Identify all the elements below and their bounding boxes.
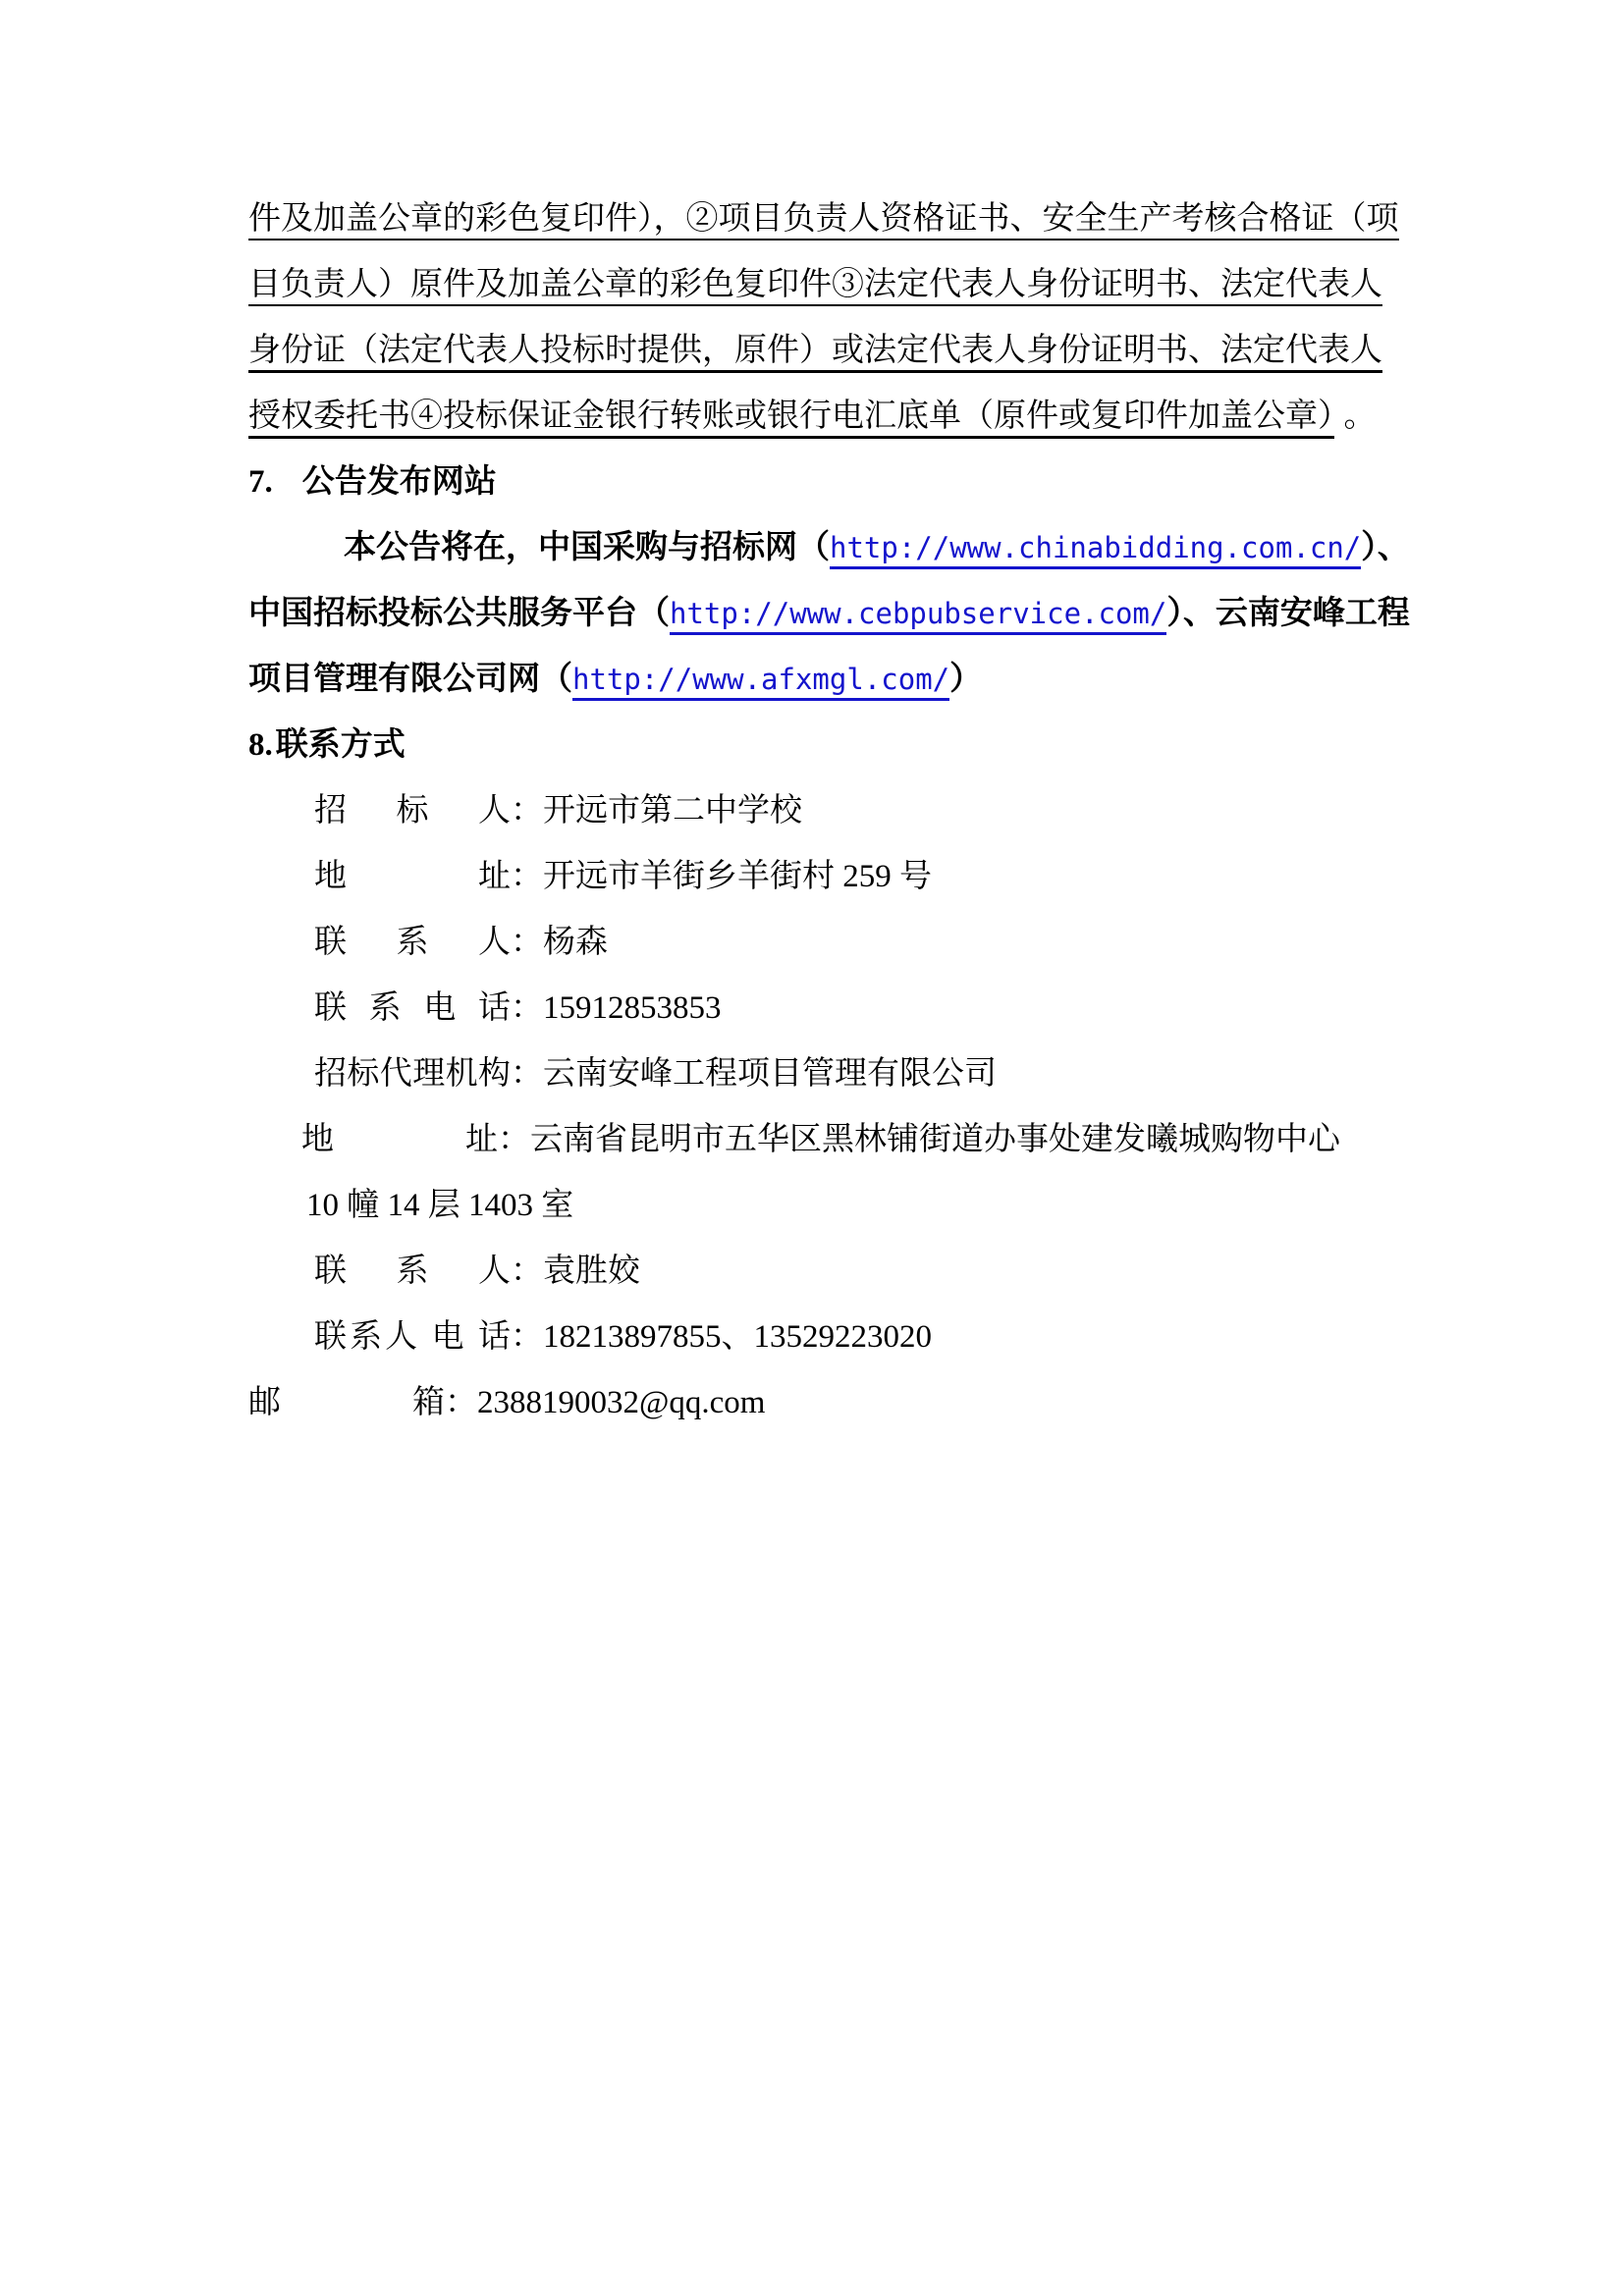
contact-value: 15912853853 [543,990,722,1026]
contact-label: 联 系 人 [314,910,511,976]
underlined-text: 身份证（法定代表人投标时提供，原件）或法定代表人身份证明书、法定代表人 [248,333,1382,373]
underlined-text: 件及加盖公章的彩色复印件），②项目负责人资格证书、安全生产考核合格证（项 [248,201,1399,240]
contact-value: 云南省昆明市五华区黑林铺街道办事处建发曦城购物中心 [530,1122,1340,1157]
clause-line-2: 目负责人）原件及加盖公章的彩色复印件③法定代表人身份证明书、法定代表人 [248,252,1387,318]
section7-title: 公告发布网站 [302,464,497,500]
colon: ： [445,1385,477,1420]
text-before-link: 项目管理有限公司网（ [248,662,572,697]
section7-line-2: 中国招标投标公共服务平台（http://www.cebpubservice.co… [248,581,1387,647]
contact-row-agency: 招标代理机构：云南安峰工程项目管理有限公司 [314,1041,1387,1107]
colon: ： [511,925,543,960]
contact-row-bidder: 招 标 人：开远市第二中学校 [314,778,1387,844]
section8-heading: 8.联系方式 [248,713,1387,778]
contact-value: 18213897855、13529223020 [543,1319,932,1355]
colon: ： [511,793,543,828]
section7-number: 7. [248,464,273,500]
colon: ： [511,859,543,894]
text-before-link: 中国招标投标公共服务平台（ [248,596,670,631]
text-after-link: ）、 [1361,530,1410,565]
clause-line-3: 身份证（法定代表人投标时提供，原件）或法定代表人身份证明书、法定代表人 [248,318,1387,384]
colon: ： [511,1319,543,1355]
section8-title: 联系方式 [276,727,406,763]
contact-label: 招 标 人 [314,778,511,844]
contact-label: 地 址 [301,1107,498,1173]
text-before-link: 本公告将在，中国采购与招标网（ [344,530,830,565]
contact-value: 袁胜姣 [543,1254,640,1289]
link-chinabidding[interactable]: http://www.chinabidding.com.cn/ [830,531,1361,569]
colon: ： [511,1056,543,1092]
section7-line-3: 项目管理有限公司网（http://www.afxmgl.com/） [248,647,1387,713]
clause-line-1: 件及加盖公章的彩色复印件），②项目负责人资格证书、安全生产考核合格证（项 [248,187,1387,252]
contact-value: 开远市第二中学校 [543,793,802,828]
contact-value: 10 幢 14 层 1403 室 [306,1188,573,1223]
contact-label: 地 址 [314,844,511,910]
period: 。 [1344,399,1377,434]
contact-row-agency-address-cont: 10 幢 14 层 1403 室 [306,1173,1387,1239]
section7-heading: 7.公告发布网站 [248,450,1387,515]
section8-number: 8. [248,727,273,763]
underlined-text: 目负责人）原件及加盖公章的彩色复印件③法定代表人身份证明书、法定代表人 [248,267,1382,306]
link-afxmgl[interactable]: http://www.afxmgl.com/ [572,663,949,701]
link-cebpubservice[interactable]: http://www.cebpubservice.com/ [670,597,1166,635]
clause-line-4: 授权委托书④投标保证金银行转账或银行电汇底单（原件或复印件加盖公章）。 [248,384,1387,450]
contact-value: 云南安峰工程项目管理有限公司 [543,1056,997,1092]
contact-value: 2388190032@qq.com [477,1385,765,1420]
section7-line-1: 本公告将在，中国采购与招标网（http://www.chinabidding.c… [248,515,1387,581]
contact-label: 邮 箱 [248,1370,445,1436]
contact-value: 开远市羊街乡羊街村 259 号 [543,859,932,894]
contact-row-agency-address: 地 址：云南省昆明市五华区黑林铺街道办事处建发曦城购物中心 [301,1107,1387,1173]
contact-label: 联 系 人 [314,1239,511,1305]
contact-row-email: 邮 箱：2388190032@qq.com [248,1370,1387,1436]
contact-row-bidder-contact: 联 系 人：杨森 [314,910,1387,976]
underlined-text: 授权委托书④投标保证金银行转账或银行电汇底单（原件或复印件加盖公章） [248,399,1334,439]
document-content: 件及加盖公章的彩色复印件），②项目负责人资格证书、安全生产考核合格证（项 目负责… [248,187,1387,1436]
colon: ： [511,990,543,1026]
text-after-link: ） [949,662,982,697]
contact-row-bidder-address: 地 址：开远市羊街乡羊街村 259 号 [314,844,1387,910]
text-after-link: ）、云南安峰工程 [1166,596,1410,631]
document-page: 件及加盖公章的彩色复印件），②项目负责人资格证书、安全生产考核合格证（项 目负责… [0,0,1624,2296]
contact-row-agency-contact: 联 系 人：袁胜姣 [314,1239,1387,1305]
contact-value: 杨森 [543,925,608,960]
contact-row-bidder-phone: 联 系 电 话：15912853853 [314,976,1387,1041]
contact-label: 招标代理机构 [314,1041,511,1107]
colon: ： [511,1254,543,1289]
contact-label: 联 系 电 话 [314,976,511,1041]
colon: ： [498,1122,530,1157]
contact-label: 联系人 电 话 [314,1305,511,1370]
contact-row-agency-phone: 联系人 电 话：18213897855、13529223020 [314,1305,1387,1370]
